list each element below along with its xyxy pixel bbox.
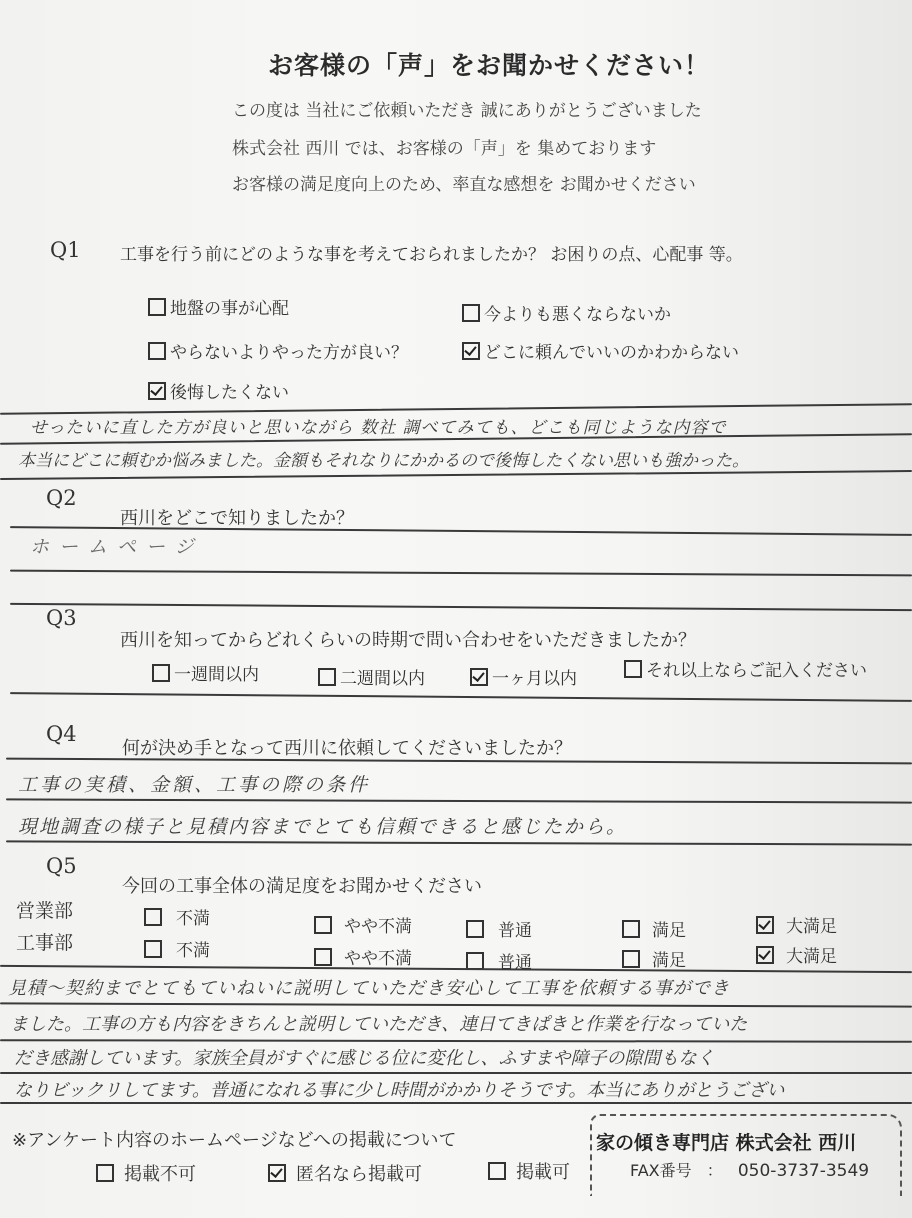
checkbox-checked-icon[interactable] xyxy=(462,342,480,360)
checkbox-icon[interactable] xyxy=(96,1164,114,1182)
q3-question: 西川を知ってからどれくらいの時期で問い合わせをいただきましたか？ xyxy=(120,626,696,652)
option-label: 普通 xyxy=(498,916,532,941)
publication-option-allowed[interactable]: 掲載可 xyxy=(488,1158,570,1184)
construction-option-somewhat-dissatisfied[interactable]: やや不満 xyxy=(314,944,412,969)
checkbox-checked-icon[interactable] xyxy=(470,668,488,686)
sales-option-somewhat-dissatisfied[interactable]: やや不満 xyxy=(314,912,412,937)
sales-option-dissatisfied[interactable]: 不満 xyxy=(144,904,210,929)
construction-option-satisfied[interactable]: 満足 xyxy=(622,946,686,971)
option-label: 一週間以内 xyxy=(174,660,259,685)
q5-number: Q5 xyxy=(46,854,77,878)
dept-construction-label: 工事部 xyxy=(16,928,73,955)
q1-option-no-regret[interactable]: 後悔したくない xyxy=(148,378,289,403)
checkbox-icon[interactable] xyxy=(488,1162,506,1180)
construction-option-very-satisfied[interactable]: 大満足 xyxy=(756,942,837,967)
company-name: 家の傾き専門店 株式会社 西川 xyxy=(596,1128,856,1155)
option-label: 不満 xyxy=(176,904,210,929)
sales-option-very-satisfied[interactable]: 大満足 xyxy=(756,912,837,937)
q2-number: Q2 xyxy=(46,486,77,510)
checkbox-icon[interactable] xyxy=(314,948,332,966)
q3-number: Q3 xyxy=(46,606,77,630)
checkbox-icon[interactable] xyxy=(152,664,170,682)
checkbox-icon[interactable] xyxy=(466,920,484,938)
intro-line-3: お客様の満足度向上のため、率直な感想を お聞かせください xyxy=(232,170,696,195)
checkbox-icon[interactable] xyxy=(144,940,162,958)
q5-answer-line-4[interactable]: なりビックリしてます。普通になれる事に少し時間がかかりそうです。本当にありがとう… xyxy=(14,1076,784,1102)
fax-label: FAX番号 xyxy=(630,1161,692,1180)
intro-line-1: この度は 当社にご依頼いただき 誠にありがとうございました xyxy=(232,96,702,121)
option-label: 大満足 xyxy=(786,912,837,937)
publication-note: ※アンケート内容のホームページなどへの掲載について xyxy=(12,1126,457,1152)
sales-option-satisfied[interactable]: 満足 xyxy=(622,916,686,941)
q3-option-one-month[interactable]: 一ヶ月以内 xyxy=(470,664,577,689)
answer-rule xyxy=(10,692,912,702)
q1-answer-line-1[interactable]: せったいに直した方が良いと思いながら 数社 調べてみても、どこも同じような内容で xyxy=(30,413,726,438)
answer-rule xyxy=(0,1102,912,1104)
q5-answer-line-3[interactable]: だき感謝しています。家族全員がすぐに感じる位に変化し、ふすまや障子の隙間もなく xyxy=(14,1044,715,1070)
q5-answer-line-2[interactable]: ました。工事の方も内容をきちんと説明していただき、連日てきぱきと作業を行なってい… xyxy=(10,1010,747,1036)
q4-number: Q4 xyxy=(46,722,77,746)
option-label: 満足 xyxy=(652,916,686,941)
q1-option-worse[interactable]: 今よりも悪くならないか xyxy=(462,300,671,325)
option-label: 匿名なら掲載可 xyxy=(296,1160,422,1186)
company-fax: FAX番号 ： 050-3737-3549 xyxy=(630,1158,869,1181)
dept-sales-label: 営業部 xyxy=(16,896,73,923)
option-label: 掲載可 xyxy=(516,1158,570,1184)
survey-sheet: お客様の「声」をお聞かせください！ この度は 当社にご依頼いただき 誠にありがと… xyxy=(0,0,912,1218)
q5-answer-line-1[interactable]: 見積～契約までとてもていねいに説明していただき安心して工事を依頼する事ができ xyxy=(8,974,730,1000)
answer-rule xyxy=(0,1072,912,1074)
answer-rule xyxy=(0,470,912,480)
option-label: 大満足 xyxy=(786,942,837,967)
q3-option-two-weeks[interactable]: 二週間以内 xyxy=(318,664,425,689)
intro-line-2: 株式会社 西川 では、お客様の「声」を 集めております xyxy=(232,134,656,159)
q3-option-longer[interactable]: それ以上ならご記入ください xyxy=(624,656,867,681)
checkbox-icon[interactable] xyxy=(622,920,640,938)
q1-number: Q1 xyxy=(50,238,81,262)
option-label: 一ヶ月以内 xyxy=(492,664,577,689)
checkbox-icon[interactable] xyxy=(462,304,480,322)
checkbox-checked-icon[interactable] xyxy=(148,382,166,400)
q2-question: 西川をどこで知りましたか？ xyxy=(120,504,354,530)
checkbox-icon[interactable] xyxy=(466,952,484,970)
q4-answer-line-1[interactable]: 工事の実積、金額、工事の際の条件 xyxy=(18,770,370,797)
option-label: 二週間以内 xyxy=(340,664,425,689)
answer-rule xyxy=(0,1002,912,1007)
option-label: 不満 xyxy=(176,936,210,961)
checkbox-icon[interactable] xyxy=(148,342,166,360)
checkbox-icon[interactable] xyxy=(148,298,166,316)
checkbox-icon[interactable] xyxy=(314,916,332,934)
checkbox-icon[interactable] xyxy=(144,908,162,926)
q5-question: 今回の工事全体の満足度をお聞かせください xyxy=(122,872,482,898)
publication-option-not-allowed[interactable]: 掲載不可 xyxy=(96,1160,196,1186)
publication-option-anonymous[interactable]: 匿名なら掲載可 xyxy=(268,1160,422,1186)
option-label: それ以上ならご記入ください xyxy=(646,656,867,681)
page-title: お客様の「声」をお聞かせください！ xyxy=(268,46,710,82)
q2-answer[interactable]: ホームページ xyxy=(30,532,204,559)
sales-option-neutral[interactable]: 普通 xyxy=(466,916,532,941)
option-label: 今よりも悪くならないか xyxy=(484,300,671,325)
option-label: 満足 xyxy=(652,946,686,971)
option-label: 後悔したくない xyxy=(170,378,289,403)
checkbox-checked-icon[interactable] xyxy=(268,1164,286,1182)
q3-option-one-week[interactable]: 一週間以内 xyxy=(152,660,259,685)
q1-answer-line-2[interactable]: 本当にどこに頼むか悩みました。金額もそれなりにかかるので後悔したくない思いも強か… xyxy=(18,446,749,471)
fax-separator: ： xyxy=(707,1161,723,1180)
answer-rule xyxy=(10,570,912,577)
checkbox-icon[interactable] xyxy=(624,660,642,678)
checkbox-icon[interactable] xyxy=(622,950,640,968)
q4-answer-line-2[interactable]: 現地調査の様子と見積内容までとても信頼できると感じたから。 xyxy=(18,812,627,839)
checkbox-checked-icon[interactable] xyxy=(756,916,774,934)
option-label: 地盤の事が心配 xyxy=(170,294,289,319)
fax-number: 050-3737-3549 xyxy=(738,1161,869,1181)
answer-rule xyxy=(6,840,912,845)
option-label: やらないよりやった方が良い？ xyxy=(170,338,408,363)
q1-question: 工事を行う前にどのような事を考えておられましたか？ お困りの点、心配事 等。 xyxy=(120,240,743,265)
company-stamp-border xyxy=(590,1114,902,1196)
option-label: 掲載不可 xyxy=(124,1160,196,1186)
q1-option-ground[interactable]: 地盤の事が心配 xyxy=(148,294,289,319)
answer-rule xyxy=(10,603,912,611)
option-label: やや不満 xyxy=(344,912,412,937)
q1-option-better-to-do[interactable]: やらないよりやった方が良い？ xyxy=(148,338,408,363)
q1-option-where-to-ask[interactable]: どこに頼んでいいのかわからない xyxy=(462,338,739,363)
answer-rule xyxy=(6,798,912,803)
checkbox-icon[interactable] xyxy=(318,668,336,686)
option-label: やや不満 xyxy=(344,944,412,969)
checkbox-checked-icon[interactable] xyxy=(756,946,774,964)
answer-rule xyxy=(0,1039,912,1043)
construction-option-dissatisfied[interactable]: 不満 xyxy=(144,936,210,961)
q4-question: 何が決め手となって西川に依頼してくださいましたか？ xyxy=(122,734,572,760)
option-label: どこに頼んでいいのかわからない xyxy=(484,338,739,363)
